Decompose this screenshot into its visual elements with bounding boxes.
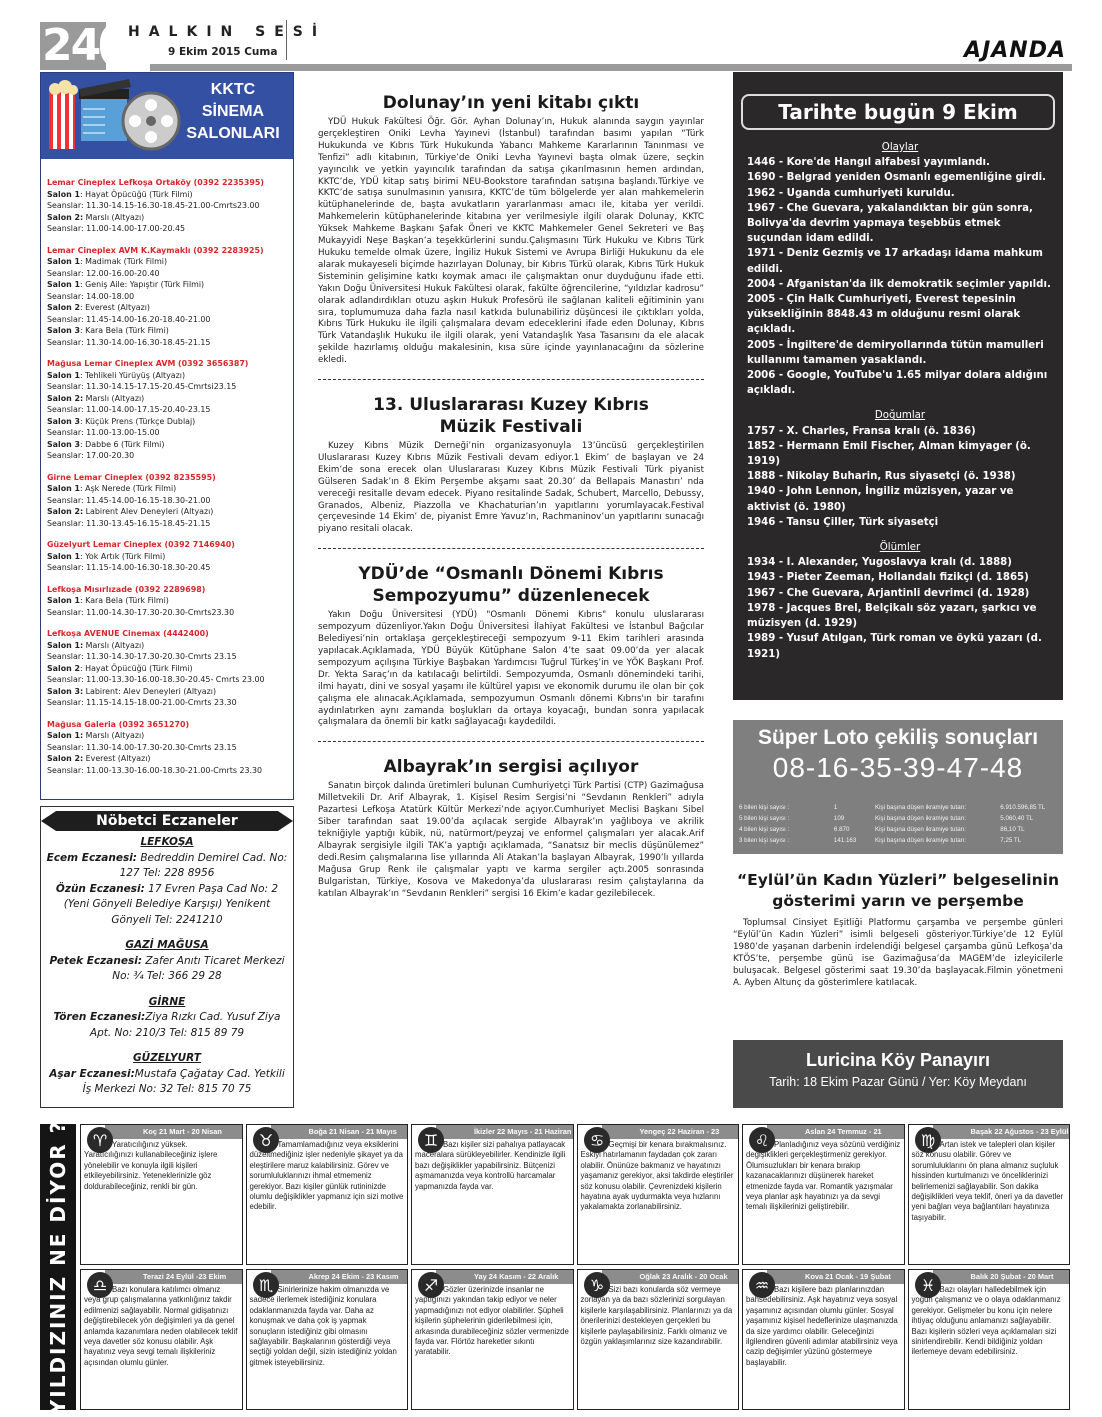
- showtime-text: : Kara Bela (Türk Filmi): [80, 326, 169, 335]
- on-duty-pharmacies: Nöbetci Eczaneler LEFKOŞAEcem Eczanesi: …: [40, 806, 294, 1108]
- sign-title: Kova 21 Ocak - 19 Şubat: [767, 1270, 904, 1284]
- svg-text:♑: ♑: [589, 1276, 603, 1295]
- showtime-text: Seanslar: 11.00-13.30-16.00-18.30-20.45-…: [47, 675, 265, 684]
- hall-label: Salon 1: [47, 280, 80, 289]
- cinema-title: KKTC SİNEMA SALONLARI: [181, 79, 285, 145]
- horoscope-sign: ♉Boğa 21 Nisan - 21 MayısTamamlamadığını…: [246, 1124, 409, 1265]
- showtime-line: Salon 3: Labirent: Alev Deneyleri (Altya…: [47, 686, 289, 698]
- history-item: 1940 - John Lennon, İngiliz müzisyen, ya…: [747, 484, 1053, 514]
- loto-title: Süper Loto çekiliş sonuçları: [733, 726, 1063, 750]
- svg-text:♓: ♓: [920, 1276, 934, 1295]
- this-day-in-history: Tarihte bugün 9 Ekim Olaylar1446 - Kore'…: [733, 72, 1063, 700]
- news-article: YDÜ’de “Osmanlı Dönemi Kıbrıs Sempozyumu…: [318, 563, 704, 729]
- history-item: 1967 - Che Guevara, Arjantinli devrimci …: [747, 586, 1053, 601]
- showtime-line: Salon 1: Geniş Aile: Yapıştır (Türk Film…: [47, 279, 289, 291]
- article-body: Kuzey Kıbrıs Müzik Derneği’nin organizas…: [318, 441, 704, 536]
- horoscope-sign: ♈Koç 21 Mart - 20 NisanYaratıcılığınız y…: [80, 1124, 243, 1265]
- venue-list: Lemar Cineplex Lefkoşa Ortaköy (0392 223…: [41, 159, 293, 776]
- news-column: Dolunay’ın yeni kitabı çıktıYDÜ Hukuk Fa…: [318, 92, 704, 900]
- hall-label: Salon 1: [47, 257, 80, 266]
- hall-label: Salon 1: [47, 190, 80, 199]
- showtime-text: Seanslar: 11.30-14.00-17.30-20.30-Cmrts …: [47, 743, 237, 752]
- showtime-text: Labirent Alev Deneyleri (Altyazı): [83, 507, 213, 516]
- showtime-text: : Yok Artık (Türk Filmi): [80, 552, 165, 561]
- pharmacy-city: GÜZELYURT: [45, 1051, 289, 1067]
- showtime-line: Seanslar: 11.30-14.15-16.30-18.45-21.00-…: [47, 200, 289, 212]
- showtime-line: Salon 2: Everest (Altyazı): [47, 753, 289, 765]
- venue-name: Mağusa Galeria (0392 3651270): [47, 719, 289, 731]
- sign-title: Aslan 24 Temmuz - 21 Ağustos: [767, 1125, 904, 1139]
- showtime-line: Salon 1: Marslı (Altyazı): [47, 640, 289, 652]
- fair-title: Luricina Köy Panayırı: [733, 1050, 1063, 1071]
- showtime-line: Salon 1: Tehlikeli Yürüyüş (Altyazı): [47, 370, 289, 382]
- pharmacy-entry: Aşar Eczanesi:Mustafa Çağatay Cad. Yetki…: [45, 1067, 289, 1098]
- showtime-line: Seanslar: 12.00-16.00-20.40: [47, 268, 289, 280]
- issue-date: 9 Ekim 2015 Cuma: [168, 46, 277, 58]
- showtime-text: : Aşk Nerede (Türk Filmi): [80, 484, 176, 493]
- pharmacy-name: Tören Eczanesi:: [54, 1011, 146, 1023]
- showtime-text: Seanslar: 12.00-16.00-20.40: [47, 269, 160, 278]
- showtime-text: Seanslar: 11.30-14.15-17.15-20.45-Cmrtsi…: [47, 382, 236, 391]
- hall-label: Salon 1:: [47, 641, 83, 650]
- matches-label: 5 bilen kişi sayısı :: [739, 813, 834, 824]
- sign-title: Oğlak 23 Aralık - 20 Ocak: [602, 1270, 739, 1284]
- news-article: 13. Uluslararası Kuzey Kıbrıs Müzik Fest…: [318, 394, 704, 536]
- showtime-text: Marslı (Altyazı): [83, 641, 144, 650]
- showtime-text: Seanslar: 11.00-14.00-17.00-20.45: [47, 224, 185, 233]
- hall-label: Salon 3: [47, 326, 80, 335]
- showtime-text: Seanslar: 11.45-14.00-16.20-18.40-21.00: [47, 315, 210, 324]
- venue-name: Lemar Cineplex AVM K.Kaymaklı (0392 2283…: [47, 245, 289, 257]
- horoscope-grid: ♈Koç 21 Mart - 20 NisanYaratıcılığınız y…: [80, 1124, 1070, 1410]
- showtime-line: Salon 1: Aşk Nerede (Türk Filmi): [47, 483, 289, 495]
- libra-icon: ♎: [84, 1270, 116, 1300]
- history-title: Tarihte bugün 9 Ekim: [741, 94, 1055, 130]
- hall-label: Salon 2:: [47, 394, 83, 403]
- showtime-line: Salon 1: Marslı (Altyazı): [47, 730, 289, 742]
- matches-label: 6 bilen kişi sayısı :: [739, 802, 834, 813]
- news-article: Albayrak’ın sergisi açılıyorSanatın birç…: [318, 756, 704, 900]
- history-section-heading: Ölümler: [747, 540, 1053, 555]
- article-title: “Eylül’ün Kadın Yüzleri” belgeselinin gö…: [733, 870, 1063, 912]
- sign-title: Koç 21 Mart - 20 Nisan: [105, 1125, 242, 1139]
- popcorn-film-reel-icon: [45, 77, 185, 159]
- prize-amount: 5.060,40 TL: [1000, 813, 1059, 824]
- showtime-line: Salon 3: Küçük Prens (Türkçe Dublaj): [47, 416, 289, 428]
- pharmacy-name: Petek Eczanesi:: [49, 955, 142, 967]
- venue-name: Güzelyurt Lemar Cineplex (0392 7146940): [47, 539, 289, 551]
- history-item: 1852 - Hermann Emil Fischer, Alman kimya…: [747, 439, 1053, 469]
- hall-label: Salon 2:: [47, 507, 83, 516]
- history-item: 1888 - Nikolay Buharin, Rus siyasetçi (ö…: [747, 469, 1053, 484]
- svg-text:♈: ♈: [93, 1131, 107, 1150]
- pharmacy-name: Özün Eczanesi:: [56, 883, 145, 895]
- showtime-text: Labirent: Alev Deneyleri (Altyazı): [83, 687, 216, 696]
- horoscope-sign: ♌Aslan 24 Temmuz - 21 AğustosPlanladığın…: [742, 1124, 905, 1265]
- history-section-heading: Olaylar: [747, 140, 1053, 155]
- pharmacy-list: LEFKOŞAEcem Eczanesi: Bedreddin Demirel …: [41, 831, 293, 1102]
- pharmacy-address: Bedreddin Demirel Cad. No: 127 Tel: 228 …: [120, 852, 288, 880]
- venue: Güzelyurt Lemar Cineplex (0392 7146940)S…: [47, 539, 289, 574]
- article-body: Yakın Doğu Üniversitesi (YDÜ) "Osmanlı D…: [318, 610, 704, 729]
- svg-text:♐: ♐: [424, 1276, 438, 1295]
- article-title: 13. Uluslararası Kuzey Kıbrıs Müzik Fest…: [318, 394, 704, 438]
- prize-label: Kişi başına düşen ikramiye tutarı:: [875, 802, 1000, 813]
- hall-label: Salon 2:: [47, 213, 83, 222]
- venue: Girne Lemar Cineplex (0392 8235595)Salon…: [47, 472, 289, 530]
- article-title: YDÜ’de “Osmanlı Dönemi Kıbrıs Sempozyumu…: [318, 563, 704, 607]
- horoscope-sign: ♑Oğlak 23 Aralık - 20 OcakSizi bazı konu…: [577, 1269, 740, 1410]
- showtime-line: Seanslar: 11.00-13.30-16.00-18.30-21.00-…: [47, 765, 289, 777]
- svg-text:♒: ♒: [755, 1276, 769, 1295]
- showtime-line: Seanslar: 11.30-14.00-17.30-20.30-Cmrts …: [47, 742, 289, 754]
- winner-count: 1: [834, 802, 875, 813]
- showtime-line: Salon 1: Yok Artık (Türk Filmi): [47, 551, 289, 563]
- showtime-text: Seanslar: 11.00-14.00-17.15-20.40-23.15: [47, 405, 210, 414]
- aquarius-icon: ♒: [746, 1270, 778, 1300]
- showtime-line: Seanslar: 11.15-14.15-18.00-21.00-Cmrts …: [47, 697, 289, 709]
- sign-title: Yay 24 Kasım - 22 Aralık: [436, 1270, 573, 1284]
- showtime-text: Marslı (Altyazı): [83, 213, 144, 222]
- svg-text:♌: ♌: [755, 1131, 769, 1150]
- showtime-text: Seanslar: 14.00-18.00: [47, 292, 134, 301]
- sign-title: Boğa 21 Nisan - 21 Mayıs: [271, 1125, 408, 1139]
- loto-numbers: 08-16-35-39-47-48: [733, 752, 1063, 784]
- sign-title: Yengeç 22 Haziran - 23 Temmuz: [602, 1125, 739, 1139]
- showtime-line: Seanslar: 11.30-14.00-16.30-18.45-21.15: [47, 337, 289, 349]
- prize-amount: 7,25 TL: [1000, 835, 1059, 846]
- showtime-line: Salon 2: Everest (Altyazı): [47, 302, 289, 314]
- sign-title: Akrep 24 Ekim - 23 Kasım: [271, 1270, 408, 1284]
- news-article: Dolunay’ın yeni kitabı çıktıYDÜ Hukuk Fa…: [318, 92, 704, 367]
- showtime-line: Salon 2: Marslı (Altyazı): [47, 393, 289, 405]
- matches-label: 4 bilen kişi sayısı :: [739, 824, 834, 835]
- venue: Mağusa Lemar Cineplex AVM (0392 3656387)…: [47, 358, 289, 462]
- hall-label: Salon 2:: [47, 754, 83, 763]
- virgo-icon: ♍: [912, 1125, 944, 1155]
- winner-count: 109: [834, 813, 875, 824]
- showtime-text: : Geniş Aile: Yapıştır (Türk Filmi): [80, 280, 204, 289]
- showtime-line: Seanslar: 11.00-13.00-15.00: [47, 427, 289, 439]
- showtime-line: Seanslar: 11.00-14.30-17.30-20.30-Cmrts2…: [47, 607, 289, 619]
- pharmacies-title: Nöbetci Eczaneler: [41, 811, 293, 831]
- hall-label: Salon 3: [47, 440, 80, 449]
- venue: Lemar Cineplex Lefkoşa Ortaköy (0392 223…: [47, 177, 289, 235]
- article-body: Sanatın birçok dalında üretimleri buluna…: [318, 781, 704, 900]
- history-item: 1757 - X. Charles, Fransa kralı (ö. 1836…: [747, 424, 1053, 439]
- loto-row: 6 bilen kişi sayısı :1Kişi başına düşen …: [739, 802, 1059, 813]
- pharmacy-city: GAZİ MAĞUSA: [45, 938, 289, 954]
- dashed-divider: [318, 741, 704, 742]
- history-item: 1943 - Pieter Zeeman, Hollandalı fizikçi…: [747, 570, 1053, 585]
- showtime-text: Seanslar: 11.00-13.00-15.00: [47, 428, 160, 437]
- horoscope-sign: ♓Balık 20 Şubat - 20 MartBazı olayları h…: [908, 1269, 1071, 1410]
- horoscope-sign: ♒Kova 21 Ocak - 19 ŞubatBazı kişilere ba…: [742, 1269, 905, 1410]
- aries-icon: ♈: [84, 1125, 116, 1155]
- venue-name: Mağusa Lemar Cineplex AVM (0392 3656387): [47, 358, 289, 370]
- fair-details: Tarih: 18 Ekim Pazar Günü / Yer: Köy Mey…: [733, 1075, 1063, 1089]
- horoscope-sign: ♐Yay 24 Kasım - 22 AralıkGözler üzeriniz…: [411, 1269, 574, 1410]
- history-item: 1934 - I. Alexander, Yugoslavya kralı (d…: [747, 555, 1053, 570]
- hall-label: Salon 3:: [47, 687, 83, 696]
- venue: Mağusa Galeria (0392 3651270)Salon 1: Ma…: [47, 719, 289, 777]
- history-item: 1978 - Jacques Brel, Belçikalı söz yazar…: [747, 601, 1053, 631]
- venue-name: Lemar Cineplex Lefkoşa Ortaköy (0392 223…: [47, 177, 289, 189]
- header-divider: [286, 20, 287, 60]
- showtime-text: Marslı (Altyazı): [83, 394, 144, 403]
- showtime-line: Salon 3: Kara Bela (Türk Filmi): [47, 325, 289, 337]
- showtime-line: Seanslar: 11.30-14.30-17.30-20.30-Cmrts …: [47, 651, 289, 663]
- history-item: 1971 - Deniz Gezmiş ve 17 arkadaşı idama…: [747, 246, 1053, 276]
- prize-amount: 86,10 TL: [1000, 824, 1059, 835]
- loto-prize-table: 6 bilen kişi sayısı :1Kişi başına düşen …: [739, 802, 1059, 846]
- hall-label: Salon 3: [47, 417, 80, 426]
- pharmacy-city: LEFKOŞA: [45, 835, 289, 851]
- showtime-text: Seanslar: 11.30-14.30-17.30-20.30-Cmrts …: [47, 652, 237, 661]
- showtime-line: Seanslar: 11.30-14.15-17.15-20.45-Cmrtsi…: [47, 381, 289, 393]
- showtime-text: Seanslar: 11.30-13.45-16.15-18.45-21.15: [47, 519, 210, 528]
- sagittarius-icon: ♐: [415, 1270, 447, 1300]
- showtime-text: : Hayat Öpücüğü (Türk Filmi): [80, 190, 193, 199]
- dashed-divider: [318, 548, 704, 549]
- hall-label: Salon 1:: [47, 731, 83, 740]
- dashed-divider: [318, 379, 704, 380]
- showtime-text: : Everest (Altyazı): [80, 303, 150, 312]
- showtime-text: Marslı (Altyazı): [83, 731, 144, 740]
- scorpio-icon: ♏: [250, 1270, 282, 1300]
- hall-label: Salon 1: [47, 552, 80, 561]
- hall-label: Salon 1: [47, 371, 80, 380]
- svg-text:♏: ♏: [258, 1276, 272, 1295]
- showtime-line: Seanslar: 11.45-14.00-16.20-18.40-21.00: [47, 314, 289, 326]
- article-title: Dolunay’ın yeni kitabı çıktı: [318, 92, 704, 114]
- hall-label: Salon 2: [47, 303, 80, 312]
- showtime-line: Seanslar: 11.00-13.30-16.00-18.30-20.45-…: [47, 674, 289, 686]
- showtime-text: Seanslar: 11.15-14.15-18.00-21.00-Cmrts …: [47, 698, 237, 707]
- history-item: 1690 - Belgrad yeniden Osmanlı egemenliğ…: [747, 170, 1053, 185]
- cinema-banner: KKTC SİNEMA SALONLARI: [41, 73, 293, 159]
- pharmacy-entry: Özün Eczanesi: 17 Evren Paşa Cad No: 2 (…: [45, 882, 289, 929]
- svg-text:♊: ♊: [424, 1131, 438, 1150]
- venue-name: Lefkoşa AVENUE Cinemax (4442400): [47, 628, 289, 640]
- pharmacy-entry: Tören Eczanesi:Ziya Rızkı Cad. Yusuf Ziy…: [45, 1010, 289, 1041]
- showtime-text: Seanslar: 11.00-14.30-17.30-20.30-Cmrts2…: [47, 608, 234, 617]
- hall-label: Salon 2: [47, 664, 80, 673]
- showtime-text: : Madimak (Türk Filmi): [80, 257, 167, 266]
- pharmacy-city: GİRNE: [45, 995, 289, 1011]
- winner-count: 6.870: [834, 824, 875, 835]
- article-title: Albayrak’ın sergisi açılıyor: [318, 756, 704, 778]
- loto-row: 3 bilen kişi sayısı :141.163Kişi başına …: [739, 835, 1059, 846]
- history-list: Olaylar1446 - Kore'de Hangıl alfabesi ya…: [733, 130, 1063, 662]
- taurus-icon: ♉: [250, 1125, 282, 1155]
- horoscope-sign: ♏Akrep 24 Ekim - 23 KasımSinirlerinize h…: [246, 1269, 409, 1410]
- showtime-text: : Tehlikeli Yürüyüş (Altyazı): [80, 371, 185, 380]
- history-item: 1446 - Kore'de Hangıl alfabesi yayımland…: [747, 155, 1053, 170]
- showtime-text: : Küçük Prens (Türkçe Dublaj): [80, 417, 195, 426]
- pharmacy-entry: Ecem Eczanesi: Bedreddin Demirel Cad. No…: [45, 851, 289, 882]
- sign-title: Başak 22 Ağustos - 23 Eylül: [933, 1125, 1070, 1139]
- svg-text:♍: ♍: [920, 1131, 934, 1150]
- horoscope-sign: ♎Terazi 24 Eylül -23 EkimBazı konulara k…: [80, 1269, 243, 1410]
- sign-title: İkizler 22 Mayıs - 21 Haziran: [436, 1125, 573, 1139]
- horoscope-sign: ♋Yengeç 22 Haziran - 23 TemmuzGeçmişi bi…: [577, 1124, 740, 1265]
- sign-title: Terazi 24 Eylül -23 Ekim: [105, 1270, 242, 1284]
- showtime-line: Salon 1: Hayat Öpücüğü (Türk Filmi): [47, 189, 289, 201]
- horoscope-sign: ♊İkizler 22 Mayıs - 21 HaziranBazı kişil…: [411, 1124, 574, 1265]
- page-number: 24: [42, 20, 99, 72]
- horoscope-sign: ♍Başak 22 Ağustos - 23 EylülArtan istek …: [908, 1124, 1071, 1265]
- prize-label: Kişi başına düşen ikramiye tutarı:: [875, 835, 1000, 846]
- article-body: Toplumsal Cinsiyet Eşitliği Platformu ça…: [733, 918, 1063, 989]
- leo-icon: ♌: [746, 1125, 778, 1155]
- showtime-line: Seanslar: 11.15-14.00-16.30-18.30-20.45: [47, 562, 289, 574]
- showtime-line: Salon 2: Hayat Öpücüğü (Türk Filmi): [47, 663, 289, 675]
- svg-text:♎: ♎: [93, 1276, 107, 1295]
- showtime-line: Salon 3: Dabbe 6 (Türk Filmi): [47, 439, 289, 451]
- prize-amount: 6.910.596,85 TL: [1000, 802, 1059, 813]
- pharmacy-entry: Petek Eczanesi: Zafer Anıtı Ticaret Merk…: [45, 954, 289, 985]
- showtime-text: Seanslar: 11.30-14.15-16.30-18.45-21.00-…: [47, 201, 260, 210]
- venue-name: Lefkoşa Mısırlızade (0392 2289698): [47, 584, 289, 596]
- pharmacy-name: Ecem Eczanesi:: [47, 852, 137, 864]
- showtime-text: Seanslar: 11.15-14.00-16.30-18.30-20.45: [47, 563, 210, 572]
- history-item: 1962 - Uganda cumhuriyeti kuruldu.: [747, 186, 1053, 201]
- cinema-listings: KKTC SİNEMA SALONLARI Lemar Cineplex Lef…: [40, 72, 294, 800]
- horoscope-title: YILDIZINIZ NE DİYOR ?: [46, 1120, 70, 1414]
- sign-title: Balık 20 Şubat - 20 Mart: [933, 1270, 1070, 1284]
- showtime-line: Seanslar: 11.30-13.45-16.15-18.45-21.15: [47, 518, 289, 530]
- showtime-line: Seanslar: 14.00-18.00: [47, 291, 289, 303]
- showtime-text: : Dabbe 6 (Türk Filmi): [80, 440, 164, 449]
- showtime-text: Seanslar: 17.00-20.30: [47, 451, 134, 460]
- hall-label: Salon 1: [47, 596, 80, 605]
- showtime-line: Salon 1: Kara Bela (Türk Filmi): [47, 595, 289, 607]
- svg-text:♋: ♋: [589, 1131, 603, 1150]
- venue: Lemar Cineplex AVM K.Kaymaklı (0392 2283…: [47, 245, 289, 349]
- prize-label: Kişi başına düşen ikramiye tutarı:: [875, 824, 1000, 835]
- hall-label: Salon 1: [47, 484, 80, 493]
- showtime-line: Salon 1: Madimak (Türk Filmi): [47, 256, 289, 268]
- showtime-line: Salon 2: Marslı (Altyazı): [47, 212, 289, 224]
- super-loto-results: Süper Loto çekiliş sonuçları 08-16-35-39…: [733, 720, 1063, 854]
- luricina-fair-notice: Luricina Köy Panayırı Tarih: 18 Ekim Paz…: [733, 1040, 1063, 1108]
- capricorn-icon: ♑: [581, 1270, 613, 1300]
- article-body: YDÜ Hukuk Fakültesi Öğr. Gör. Ayhan Dolu…: [318, 117, 704, 367]
- venue: Lefkoşa AVENUE Cinemax (4442400)Salon 1:…: [47, 628, 289, 709]
- history-item: 1989 - Yusuf Atılgan, Türk roman ve öykü…: [747, 631, 1053, 661]
- loto-row: 5 bilen kişi sayısı :109Kişi başına düşe…: [739, 813, 1059, 824]
- history-item: 2006 - Google, YouTube'u 1.65 milyar dol…: [747, 368, 1053, 398]
- svg-text:♉: ♉: [258, 1131, 272, 1150]
- eylul-article: “Eylül’ün Kadın Yüzleri” belgeselinin gö…: [733, 870, 1063, 989]
- showtime-text: Everest (Altyazı): [83, 754, 150, 763]
- showtime-text: Seanslar: 11.30-14.00-16.30-18.45-21.15: [47, 338, 210, 347]
- history-item: 1967 - Che Guevara, yakalandıktan bir gü…: [747, 201, 1053, 247]
- pharmacy-name: Aşar Eczanesi:: [49, 1068, 135, 1080]
- showtime-line: Seanslar: 17.00-20.30: [47, 450, 289, 462]
- prize-label: Kişi başına düşen ikramiye tutarı:: [875, 813, 1000, 824]
- showtime-text: Seanslar: 11.00-13.30-16.00-18.30-21.00-…: [47, 766, 262, 775]
- history-item: 2005 - Çin Halk Cumhuriyeti, Everest tep…: [747, 292, 1053, 338]
- pisces-icon: ♓: [912, 1270, 944, 1300]
- history-item: 2004 - Afganistan'da ilk demokratik seçi…: [747, 277, 1053, 292]
- showtime-line: Seanslar: 11.45-14.00-16.15-18.30-21.00: [47, 495, 289, 507]
- showtime-text: : Kara Bela (Türk Filmi): [80, 596, 169, 605]
- venue-name: Girne Lemar Cineplex (0392 8235595): [47, 472, 289, 484]
- section-title: AJANDA: [964, 38, 1066, 63]
- cancer-icon: ♋: [581, 1125, 613, 1155]
- header-rule: [150, 64, 1072, 71]
- history-section-heading: Doğumlar: [747, 408, 1053, 423]
- matches-label: 3 bilen kişi sayısı :: [739, 835, 834, 846]
- showtime-text: : Hayat Öpücüğü (Türk Filmi): [80, 664, 193, 673]
- showtime-line: Seanslar: 11.00-14.00-17.15-20.40-23.15: [47, 404, 289, 416]
- showtime-text: Seanslar: 11.45-14.00-16.15-18.30-21.00: [47, 496, 210, 505]
- history-item: 1946 - Tansu Çiller, Türk siyasetçi: [747, 515, 1053, 530]
- gemini-icon: ♊: [415, 1125, 447, 1155]
- winner-count: 141.163: [834, 835, 875, 846]
- showtime-line: Seanslar: 11.00-14.00-17.00-20.45: [47, 223, 289, 235]
- loto-row: 4 bilen kişi sayısı :6.870Kişi başına dü…: [739, 824, 1059, 835]
- venue: Lefkoşa Mısırlızade (0392 2289698)Salon …: [47, 584, 289, 619]
- showtime-line: Salon 2: Labirent Alev Deneyleri (Altyaz…: [47, 506, 289, 518]
- horoscope-side-banner: YILDIZINIZ NE DİYOR ?: [40, 1124, 76, 1410]
- newspaper-name: HALKIN SESİ: [128, 24, 326, 40]
- history-item: 2005 - İngiltere'de demiryollarında tütü…: [747, 338, 1053, 368]
